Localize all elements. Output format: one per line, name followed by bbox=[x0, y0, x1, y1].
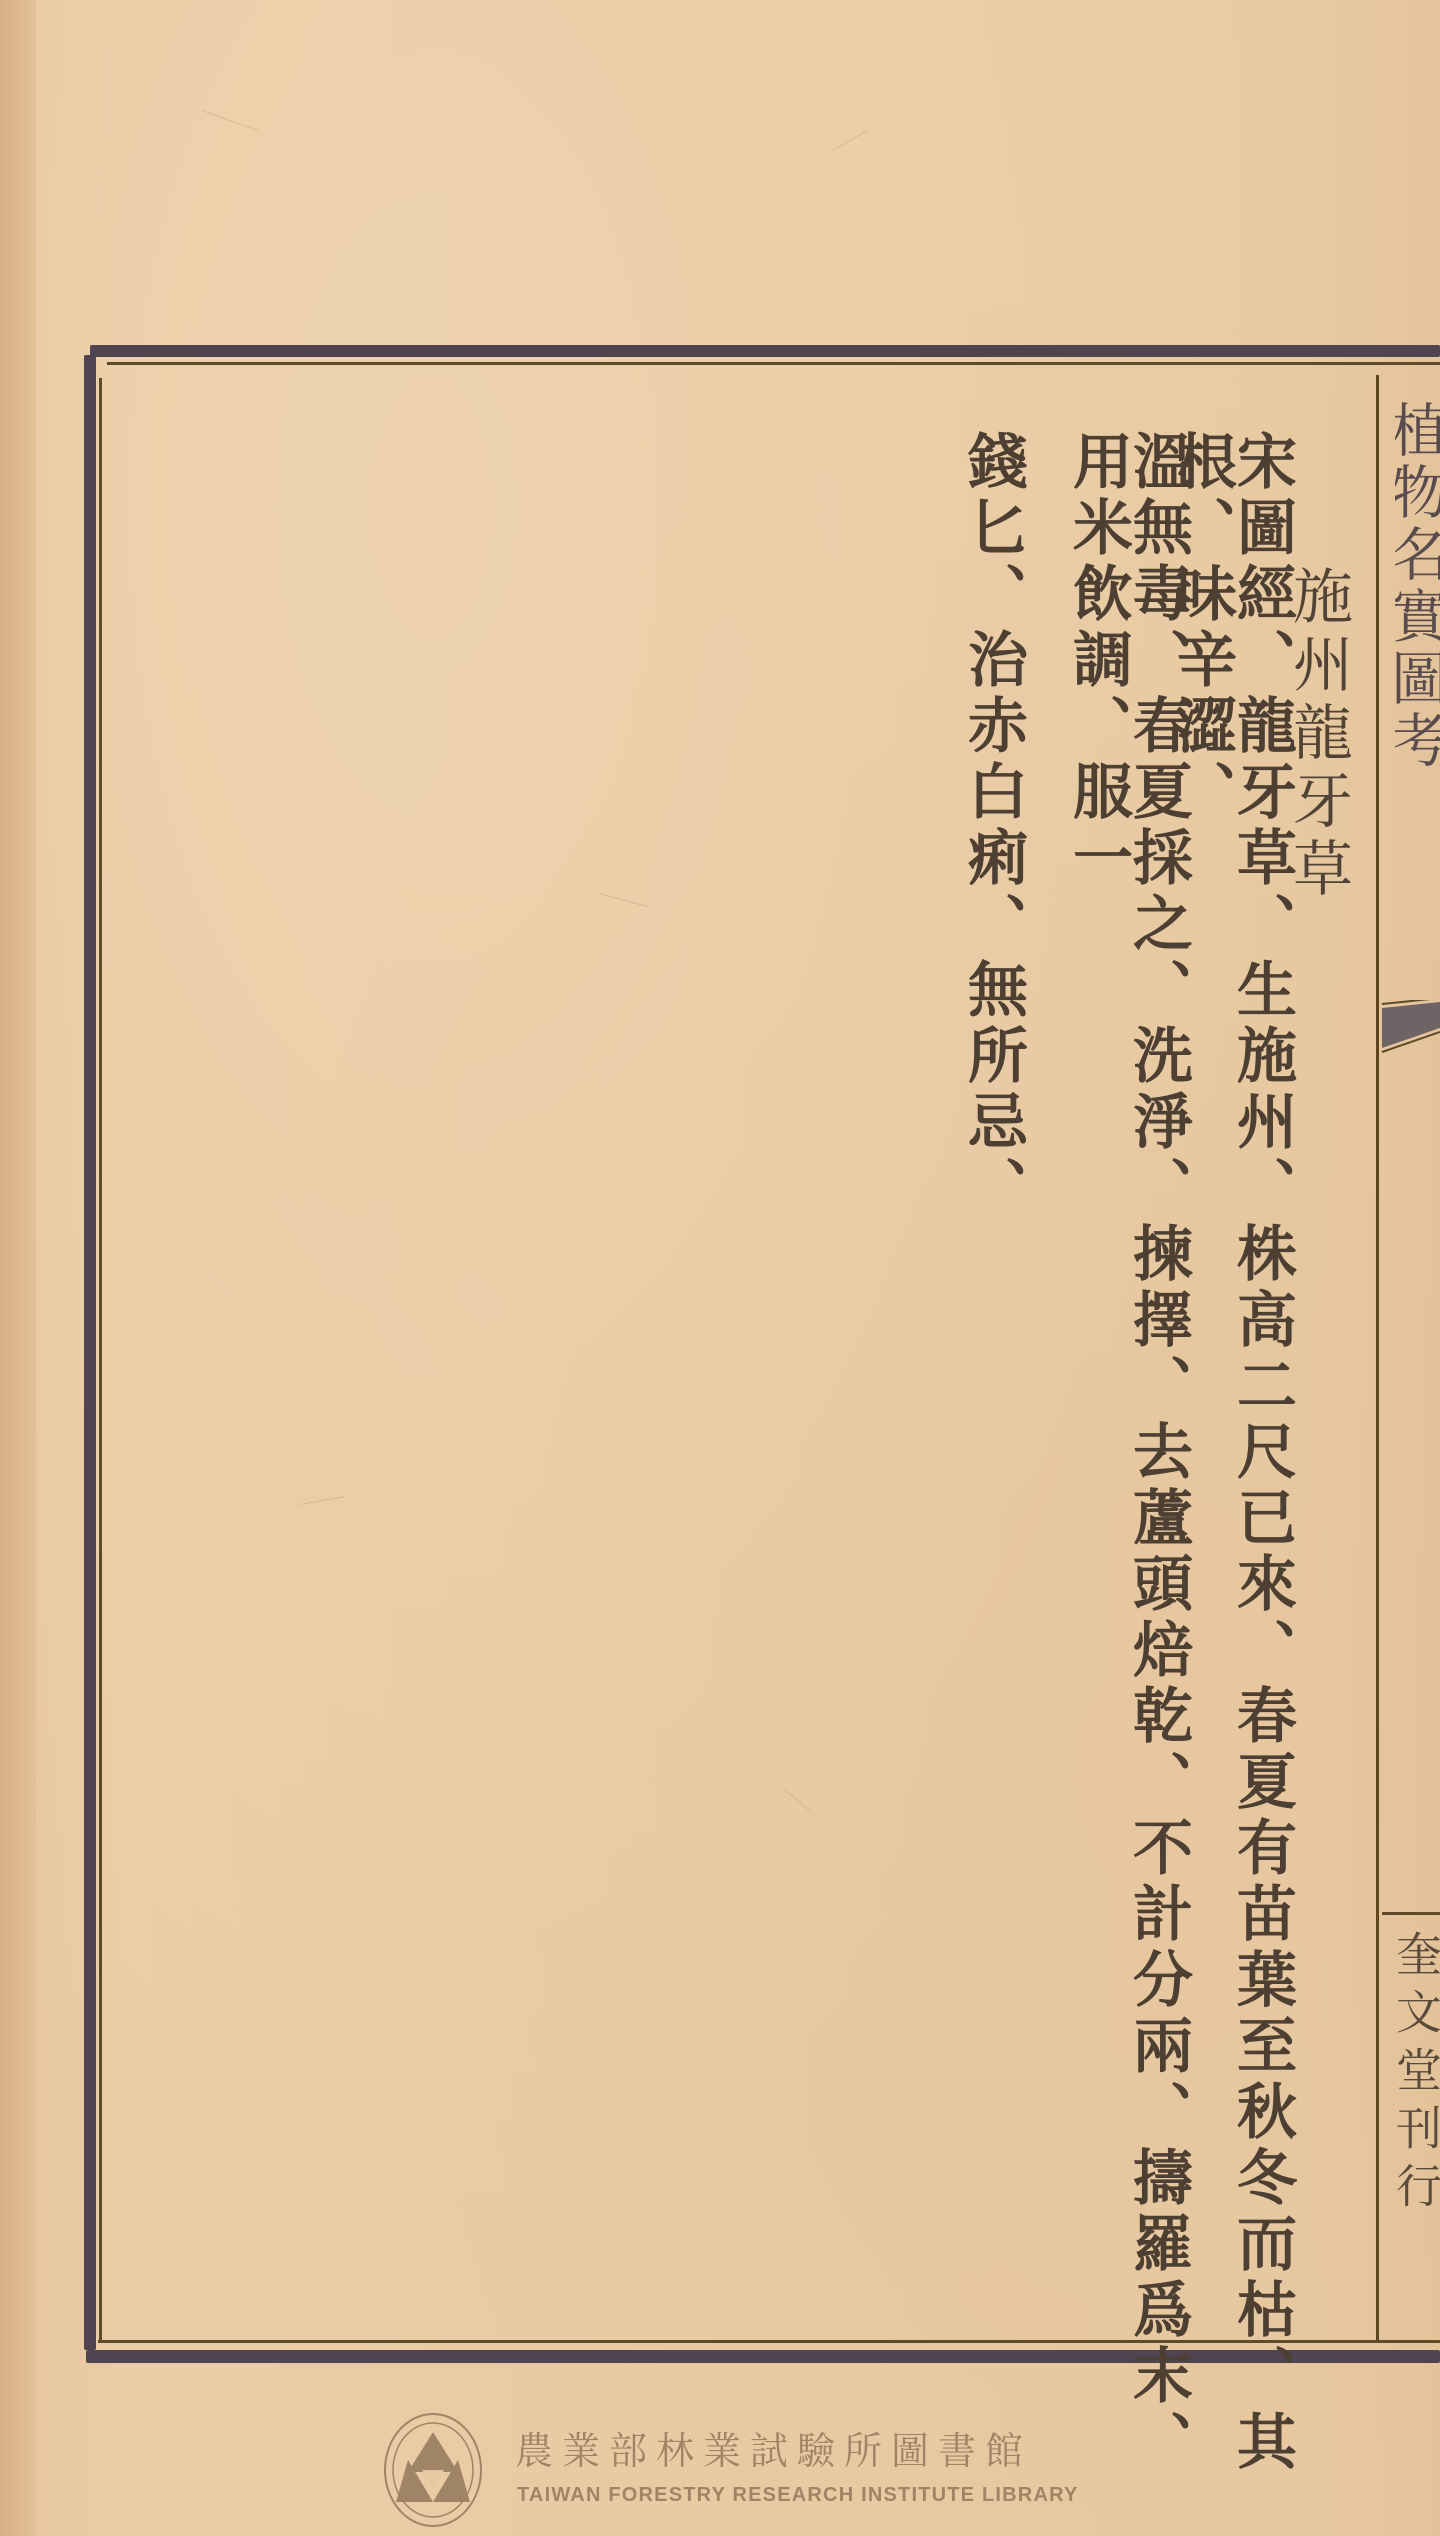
fish-tail-ornament-icon bbox=[1380, 1000, 1440, 1060]
library-name-chinese: 農業部林業試驗所圖書館 bbox=[515, 2420, 1032, 2475]
entry-heading: 施州龍牙草 bbox=[1288, 565, 1348, 905]
publisher-rule bbox=[1382, 1912, 1440, 1915]
paper-fiber bbox=[784, 1789, 811, 1812]
frame-border-top bbox=[90, 345, 1440, 357]
text-column: 錢匕、治赤白痢、無所忌、 bbox=[963, 430, 1023, 1222]
library-name-english: TAIWAN FORESTRY RESEARCH INSTITUTE LIBRA… bbox=[517, 2484, 1079, 2507]
publisher-imprint: 奎文堂刊行 bbox=[1393, 1930, 1439, 2220]
frame-rule-top bbox=[107, 362, 1440, 365]
paper-fiber bbox=[601, 894, 650, 908]
paper-fiber bbox=[300, 1496, 344, 1505]
text-column: 溫無毒、春夏採之、洗淨、揀擇、去蘆頭焙乾、不計分兩、擣羅爲末、用米飲調、服一 bbox=[1068, 430, 1188, 2536]
scanned-page: 植物名實圖考 奎文堂刊行 施州龍牙草 宋圖經、龍牙草、生施州、株高二尺已來、春夏… bbox=[0, 0, 1440, 2536]
page-edge bbox=[0, 0, 36, 2536]
book-title: 植物名實圖考 bbox=[1395, 400, 1440, 1000]
library-logo-icon bbox=[378, 2410, 488, 2530]
frame-border-left bbox=[84, 355, 96, 2350]
paper-fiber bbox=[832, 130, 867, 151]
fold-column-rule bbox=[1376, 375, 1379, 2340]
frame-rule-left bbox=[99, 378, 102, 2341]
paper-fiber bbox=[202, 110, 259, 131]
